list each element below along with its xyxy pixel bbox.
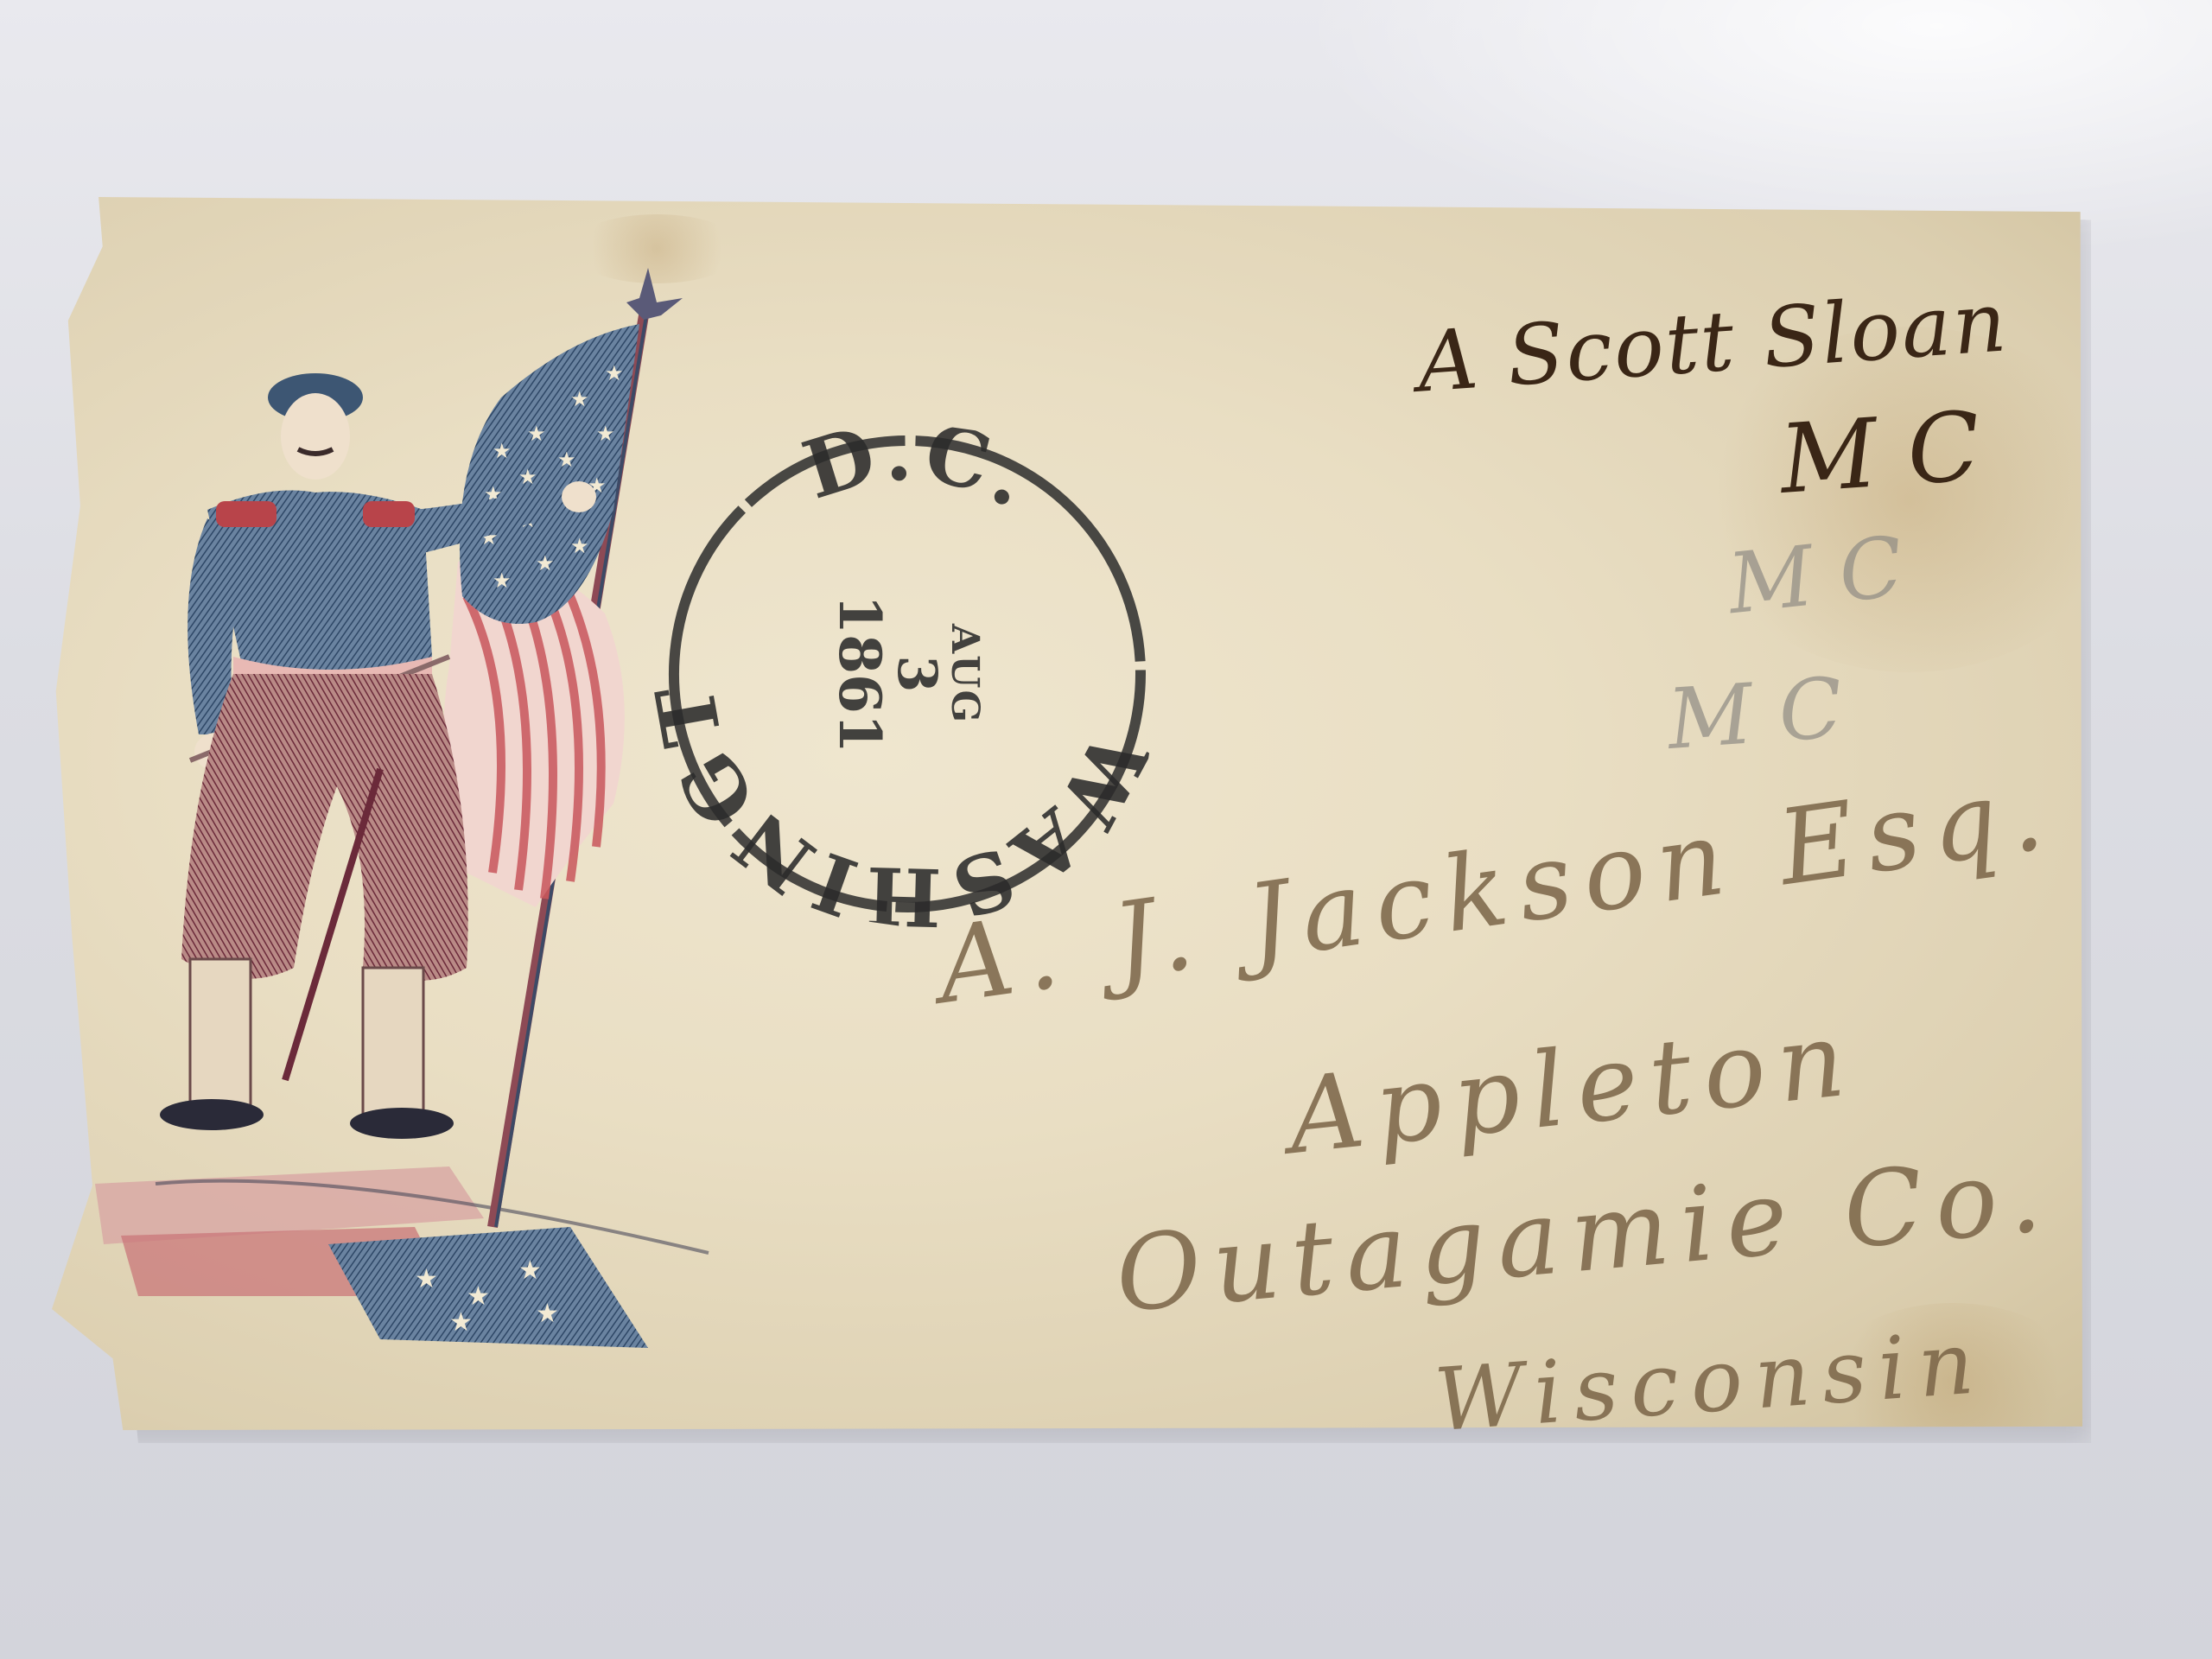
svg-text:★: ★ (605, 361, 624, 385)
svg-text:★: ★ (518, 1255, 542, 1286)
svg-text:★: ★ (493, 569, 512, 593)
pencil-note: M C (1664, 659, 1846, 768)
postmark-day: 3 (888, 655, 944, 692)
patriotic-illustration: ★★ ★★ ★ ★★★★ ★★★★ ★★★★ ★★★ (86, 251, 726, 1357)
pencil-note: M C (1724, 518, 1908, 633)
postmark: WASHINGTON D.C. AUG 3 1861 (624, 391, 1190, 957)
svg-text:★: ★ (570, 387, 589, 411)
svg-text:★: ★ (518, 465, 537, 489)
svg-text:★: ★ (536, 1299, 559, 1329)
svg-text:★: ★ (527, 422, 546, 446)
svg-text:★: ★ (536, 551, 555, 575)
svg-text:★: ★ (493, 439, 512, 463)
postmark-date: AUG 3 1861 (812, 570, 1002, 778)
svg-text:★: ★ (570, 534, 589, 558)
postmark-month: AUG (945, 624, 983, 724)
svg-text:★: ★ (449, 1307, 473, 1338)
sender-suffix: M C (1777, 391, 1984, 515)
postmark-year: 1861 (831, 594, 888, 753)
svg-text:★: ★ (557, 448, 576, 472)
svg-text:★: ★ (596, 422, 615, 446)
svg-text:★: ★ (415, 1264, 438, 1294)
